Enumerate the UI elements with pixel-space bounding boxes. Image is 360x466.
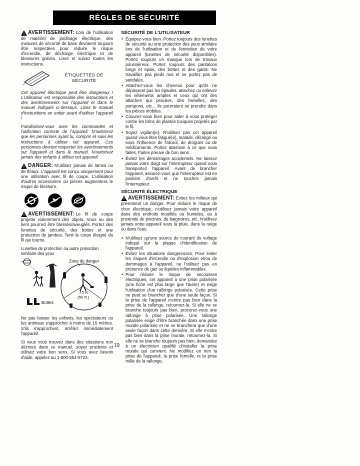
warning-exclamation: !	[23, 31, 24, 36]
danger-zone-figure: Zone de danger	[21, 257, 113, 313]
two-column-layout: !AVERTISSEMENT:Lors de l'utilisation de …	[21, 30, 217, 366]
warning-label: AVERTISSEMENT:	[28, 211, 74, 217]
manual-page-scan: RÈGLES DE SÉCURITÉ !AVERTISSEMENT:Lors d…	[0, 0, 360, 466]
user-safety-list: Équipez-vous bien. Portez toujours des l…	[121, 37, 217, 187]
warning-triangle-icon: !	[21, 212, 27, 218]
boots-icon	[27, 298, 40, 305]
bystanders-figures	[34, 271, 44, 287]
danger-label: DANGER:	[28, 163, 53, 169]
safety-labels-row: ÉTIQUETTES DE SÉCURITÉ	[21, 70, 113, 86]
labels-note-paragraph-2: Familiarisez-vous avec les commandes et …	[21, 124, 113, 160]
list-item: N'utilisez qu'une source de courant du v…	[126, 235, 218, 250]
danger-zone-diagram: Zone de danger	[21, 257, 113, 313]
list-item: Pour réduire le risque de secousses élec…	[126, 272, 218, 364]
danger-paragraph: !DANGER:N'utilisez jamais de lames ou de…	[21, 163, 113, 189]
danger-exclamation: !	[23, 164, 24, 169]
safety-label-tag-icon	[23, 70, 52, 86]
radius-label-feet: (50 ft.)	[78, 295, 90, 300]
bystanders-note: Ne pas laisser les enfants, les spectate…	[21, 316, 113, 336]
safety-labels-caption: ÉTIQUETTES DE SÉCURITÉ	[55, 72, 113, 83]
list-item: Évitez les situations dangereuses. Pour …	[126, 251, 218, 271]
prohibition-icons-row	[21, 193, 113, 208]
list-item: Soyez vigilant(e). N'utilisez pas cet ap…	[126, 130, 218, 156]
tree-silhouette	[46, 264, 57, 287]
warning-triangle-icon: !	[21, 30, 27, 36]
left-column: !AVERTISSEMENT:Lors de l'utilisation de …	[21, 30, 113, 366]
zone-label-text: Zone de danger	[69, 259, 100, 264]
list-item: Attachez-vous les cheveux pour qu'ils ne…	[126, 83, 218, 114]
document-page: RÈGLES DE SÉCURITÉ !AVERTISSEMENT:Lors d…	[0, 0, 360, 466]
warning-label: AVERTISSEMENT:	[128, 195, 174, 201]
goggles-caption: Lunettes de protection ou autre protecti…	[21, 246, 113, 256]
operator-figure	[80, 273, 94, 291]
list-item: Évitez les démarrages accidentels. Ne la…	[126, 156, 218, 187]
warning-intro-paragraph: !AVERTISSEMENT:Lors de l'utilisation de …	[21, 30, 113, 66]
no-saw-blade-icon	[24, 193, 39, 208]
user-safety-heading: SÉCURITÉ DE L'UTILISATEUR	[121, 30, 217, 36]
warning-intro-text: Lors de l'utilisation de matériel de jar…	[21, 30, 113, 66]
warning-exclamation: !	[123, 197, 124, 202]
goggles-icon	[22, 259, 31, 266]
page-number: 19	[114, 343, 120, 349]
electrical-safety-list: N'utilisez qu'une source de courant du v…	[121, 235, 217, 364]
no-flail-icon	[71, 193, 86, 208]
page-title: RÈGLES DE SÉCURITÉ	[53, 11, 216, 26]
warning-exclamation: !	[23, 213, 24, 218]
warning-triangle-icon: !	[121, 196, 127, 202]
no-cutting-blade-icon	[48, 193, 63, 208]
electrical-safety-heading: SÉCURITÉ ÉLECTRIQUE	[121, 189, 217, 195]
warning-label: AVERTISSEMENT:	[28, 30, 74, 36]
common-sense-note: Si vous vous trouvez dans des situations…	[21, 340, 113, 360]
labels-note-paragraph-1: Cet appareil électrique peut être danger…	[21, 90, 113, 121]
warning-thrown-objects-paragraph: !AVERTISSEMENT:Le fil de coupe projette …	[21, 211, 113, 242]
list-item: Couvrez-vous bien pour aider à vous prot…	[126, 114, 218, 129]
list-item: Équipez-vous bien. Portez toujours des l…	[126, 37, 218, 83]
right-column: SÉCURITÉ DE L'UTILISATEUR Équipez-vous b…	[121, 30, 217, 366]
electrical-warning-text: Évitez les milieux qui présentent un dan…	[121, 195, 217, 231]
electrical-warning-paragraph: !AVERTISSEMENT:Évitez les milieux qui pr…	[121, 195, 217, 231]
boots-label-text: Bottes	[42, 300, 54, 305]
danger-triangle-icon: !	[21, 163, 27, 169]
